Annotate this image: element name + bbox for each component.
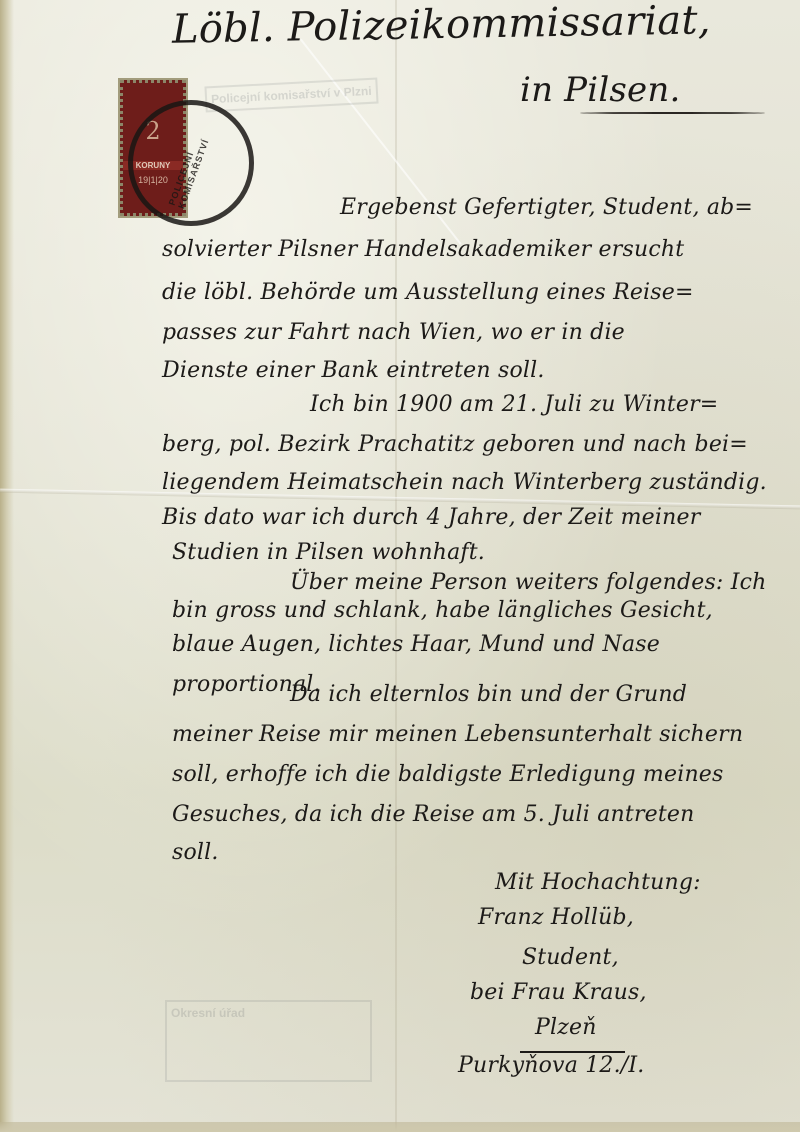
body-line: berg, pol. Bezirk Prachatitz geboren und…: [162, 432, 748, 457]
street-address: Purkyňova 12./I.: [458, 1053, 644, 1078]
body-line: passes zur Fahrt nach Wien, wo er in die: [162, 320, 625, 345]
closing-salutation: Mit Hochachtung:: [495, 870, 701, 895]
addressee-heading: Löbl. Polizeikommissariat,: [172, 0, 711, 53]
body-line: blaue Augen, lichtes Haar, Mund und Nase: [172, 632, 660, 657]
closing-city: Plzeň: [535, 1015, 597, 1040]
body-line: Ergebenst Gefertigter, Student, ab=: [340, 195, 753, 220]
body-line: Dienste einer Bank eintreten soll.: [162, 358, 545, 383]
signature-title: Student,: [522, 945, 619, 970]
body-line: soll.: [172, 840, 219, 865]
body-line: solvierter Pilsner Handelsakademiker ers…: [162, 237, 684, 262]
ghost-stamp-office: Okresní úřad: [165, 1000, 372, 1082]
body-line: liegendem Heimatschein nach Winterberg z…: [162, 470, 767, 495]
paper-bottom-edge: [0, 1122, 800, 1132]
signature-name: Franz Hollüb,: [478, 905, 634, 930]
body-line: Gesuches, da ich die Reise am 5. Juli an…: [172, 802, 695, 827]
body-line: soll, erhoffe ich die baldigste Erledigu…: [172, 762, 724, 787]
body-line: Über meine Person weiters folgendes: Ich: [290, 570, 767, 595]
city-flourish: [580, 112, 765, 114]
body-line: Studien in Pilsen wohnhaft.: [172, 540, 485, 565]
city-heading: in Pilsen.: [520, 70, 680, 110]
body-line: meiner Reise mir meinen Lebensunterhalt …: [172, 722, 743, 747]
body-line: Ich bin 1900 am 21. Juli zu Winter=: [310, 392, 718, 417]
vertical-fold: [395, 0, 397, 1132]
body-line: Bis dato war ich durch 4 Jahre, der Zeit…: [162, 505, 700, 530]
body-line: die löbl. Behörde um Ausstellung eines R…: [162, 280, 694, 305]
care-of-line: bei Frau Kraus,: [470, 980, 647, 1005]
body-line: Da ich elternlos bin und der Grund: [290, 682, 687, 707]
city-text: in Pilsen.: [520, 70, 680, 110]
body-line: bin gross und schlank, habe längliches G…: [172, 598, 713, 623]
paper-edge: [0, 0, 14, 1132]
document-page: Policejní komisařství v Plzni Okresní úř…: [0, 0, 800, 1132]
